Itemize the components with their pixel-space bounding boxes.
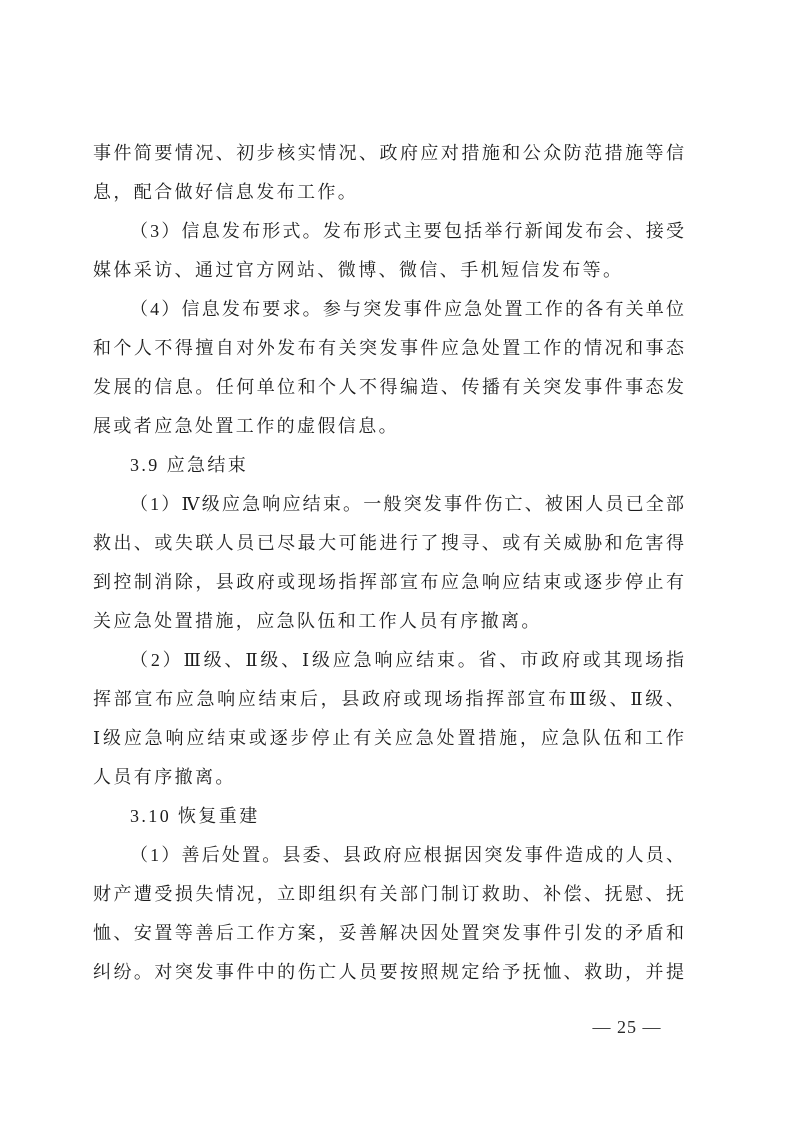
document-text-block: 事件简要情况、初步核实情况、政府应对措施和公众防范措施等信 息，配合做好信息发布… — [93, 134, 684, 992]
text-line: 恤、安置等善后工作方案，妥善解决因处置突发事件引发的矛盾和 — [93, 914, 684, 953]
text-line: 事件简要情况、初步核实情况、政府应对措施和公众防范措施等信 — [93, 134, 684, 173]
text-line: 发展的信息。任何单位和个人不得编造、传播有关突发事件事态发 — [93, 368, 684, 407]
section-heading: 3.10 恢复重建 — [93, 797, 684, 836]
text-line: Ⅰ级应急响应结束或逐步停止有关应急处置措施，应急队伍和工作 — [93, 719, 684, 758]
text-line: 到控制消除，县政府或现场指挥部宣布应急响应结束或逐步停止有 — [93, 563, 684, 602]
text-line: 挥部宣布应急响应结束后，县政府或现场指挥部宣布Ⅲ级、Ⅱ级、 — [93, 680, 684, 719]
text-line: 财产遭受损失情况，立即组织有关部门制订救助、补偿、抚慰、抚 — [93, 875, 684, 914]
text-line: 媒体采访、通过官方网站、微博、微信、手机短信发布等。 — [93, 251, 684, 290]
text-line: （1）善后处置。县委、县政府应根据因突发事件造成的人员、 — [93, 836, 684, 875]
document-page: 事件简要情况、初步核实情况、政府应对措施和公众防范措施等信 息，配合做好信息发布… — [0, 0, 793, 1122]
page-number: — 25 — — [580, 1012, 674, 1042]
text-line: 人员有序撤离。 — [93, 758, 684, 797]
text-line: （3）信息发布形式。发布形式主要包括举行新闻发布会、接受 — [93, 212, 684, 251]
text-line: （4）信息发布要求。参与突发事件应急处置工作的各有关单位 — [93, 290, 684, 329]
text-line: 息，配合做好信息发布工作。 — [93, 173, 684, 212]
text-line: 和个人不得擅自对外发布有关突发事件应急处置工作的情况和事态 — [93, 329, 684, 368]
text-line: 展或者应急处置工作的虚假信息。 — [93, 407, 684, 446]
section-heading: 3.9 应急结束 — [93, 446, 684, 485]
text-line: （1）Ⅳ级应急响应结束。一般突发事件伤亡、被困人员已全部 — [93, 485, 684, 524]
text-line: 救出、或失联人员已尽最大可能进行了搜寻、或有关威胁和危害得 — [93, 524, 684, 563]
text-line: 纠纷。对突发事件中的伤亡人员要按照规定给予抚恤、救助，并提 — [93, 953, 684, 992]
text-line: （2）Ⅲ级、Ⅱ级、Ⅰ级应急响应结束。省、市政府或其现场指 — [93, 641, 684, 680]
text-line: 关应急处置措施，应急队伍和工作人员有序撤离。 — [93, 602, 684, 641]
